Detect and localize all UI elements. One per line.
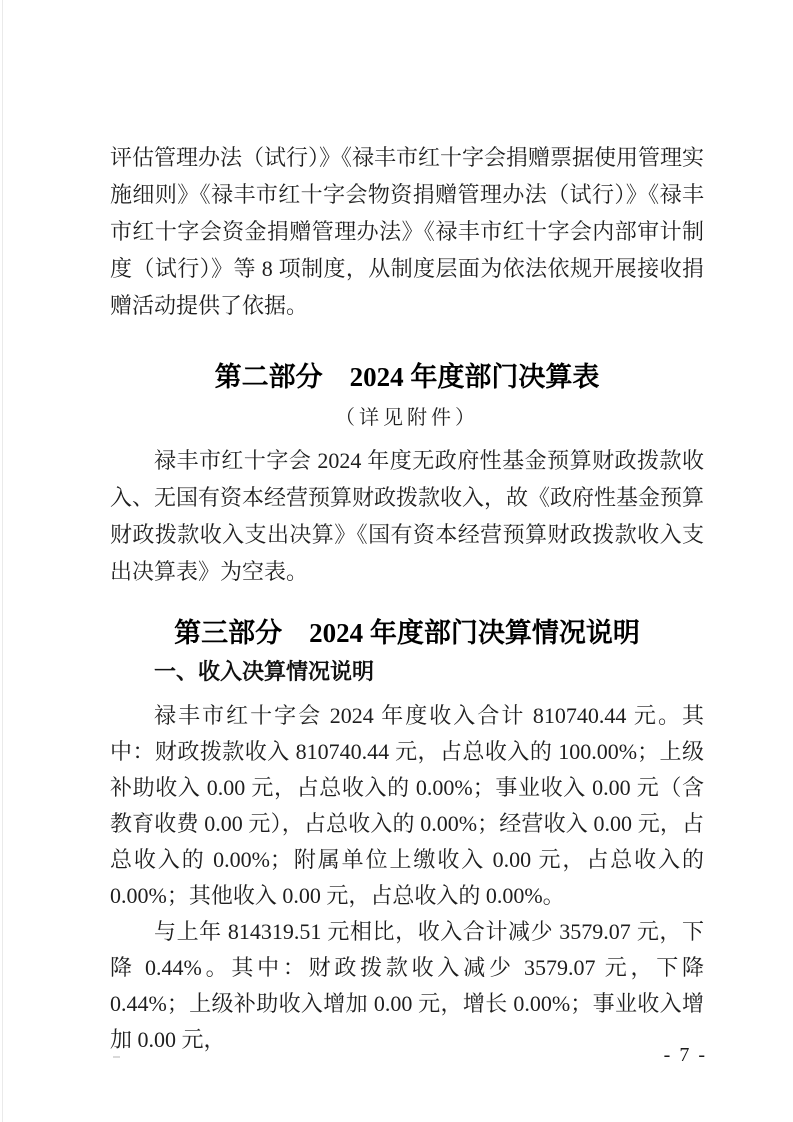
scanned-document-page: 评估管理办法（试行）》《禄丰市红十字会捐赠票据使用管理实施细则》《禄丰市红十字会… — [0, 0, 793, 1122]
section-three-title: 第三部分 2024 年度部门决算情况说明 — [110, 612, 704, 654]
section-two-paragraph: 禄丰市红十字会 2024 年度无政府性基金预算财政拨款收入、无国有资本经营预算财… — [110, 442, 704, 590]
intro-paragraph: 评估管理办法（试行）》《禄丰市红十字会捐赠票据使用管理实施细则》《禄丰市红十字会… — [110, 139, 704, 324]
scan-artifact — [113, 1056, 120, 1058]
document-content: 评估管理办法（试行）》《禄丰市红十字会捐赠票据使用管理实施细则》《禄丰市红十字会… — [110, 139, 704, 1058]
section-two-title: 第二部分 2024 年度部门决算表 — [110, 356, 704, 398]
scan-artifact — [2, 0, 3, 1122]
income-summary-heading: 一、收入决算情况说明 — [110, 658, 704, 686]
page-number: - 7 - — [664, 1043, 707, 1067]
comparison-paragraph: 与上年 814319.51 元相比，收入合计减少 3579.07 元，下降 0.… — [110, 914, 704, 1058]
income-paragraph: 禄丰市红十字会 2024 年度收入合计 810740.44 元。其中：财政拨款收… — [110, 698, 704, 914]
attachment-note: （详见附件） — [110, 404, 704, 432]
